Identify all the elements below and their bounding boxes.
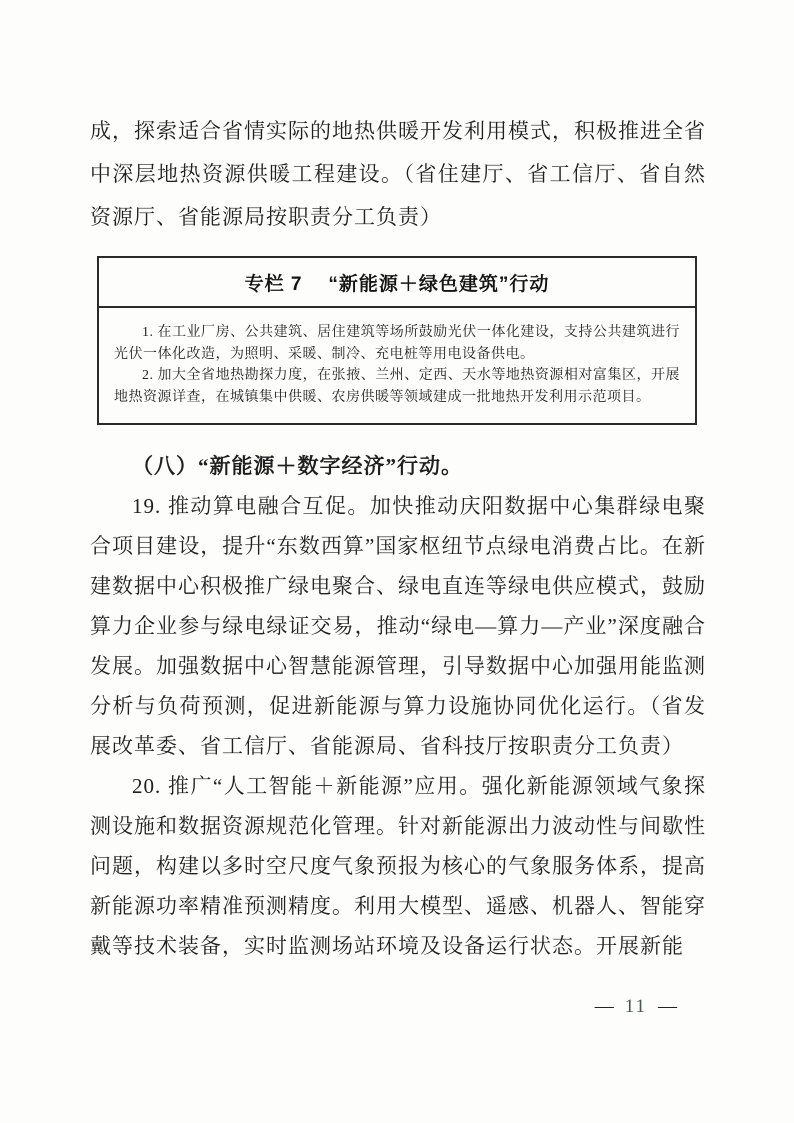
callout-box-title: 专栏 7“新能源＋绿色建筑”行动 <box>99 258 695 308</box>
document-page: 成，探索适合省情实际的地热供暖开发利用模式，积极推进全省中深层地热资源供暖工程建… <box>0 0 794 1123</box>
callout-box-title-main: “新能源＋绿色建筑”行动 <box>328 274 549 295</box>
page-number: —11— <box>584 996 688 1018</box>
callout-item-1: 1. 在工业厂房、公共建筑、居住建筑等场所鼓励光伏一体化建设，支持公共建筑进行光… <box>114 322 680 365</box>
page-number-value: 11 <box>625 996 647 1017</box>
document-text-column: 成，探索适合省情实际的地热供暖开发利用模式，积极推进全省中深层地热资源供暖工程建… <box>90 110 706 966</box>
section-heading-8: （八）“新能源＋数字经济”行动。 <box>90 446 706 486</box>
callout-box-body: 1. 在工业厂房、公共建筑、居住建筑等场所鼓励光伏一体化建设，支持公共建筑进行光… <box>99 308 695 423</box>
callout-box-title-prefix: 专栏 7 <box>245 274 303 295</box>
callout-item-2: 2. 加大全省地热勘探力度，在张掖、兰州、定西、天水等地热资源相对富集区，开展地… <box>114 365 680 408</box>
callout-box: 专栏 7“新能源＋绿色建筑”行动 1. 在工业厂房、公共建筑、居住建筑等场所鼓励… <box>97 256 697 425</box>
page-number-dash-right: — <box>658 996 677 1017</box>
paragraph-20: 20. 推广“人工智能＋新能源”应用。强化新能源领域气象探测设施和数据资源规范化… <box>90 766 706 966</box>
paragraph-19: 19. 推动算电融合互促。加快推动庆阳数据中心集群绿电聚合项目建设，提升“东数西… <box>90 486 706 766</box>
intro-paragraph: 成，探索适合省情实际的地热供暖开发利用模式，积极推进全省中深层地热资源供暖工程建… <box>90 110 706 239</box>
page-number-dash-left: — <box>595 996 614 1017</box>
